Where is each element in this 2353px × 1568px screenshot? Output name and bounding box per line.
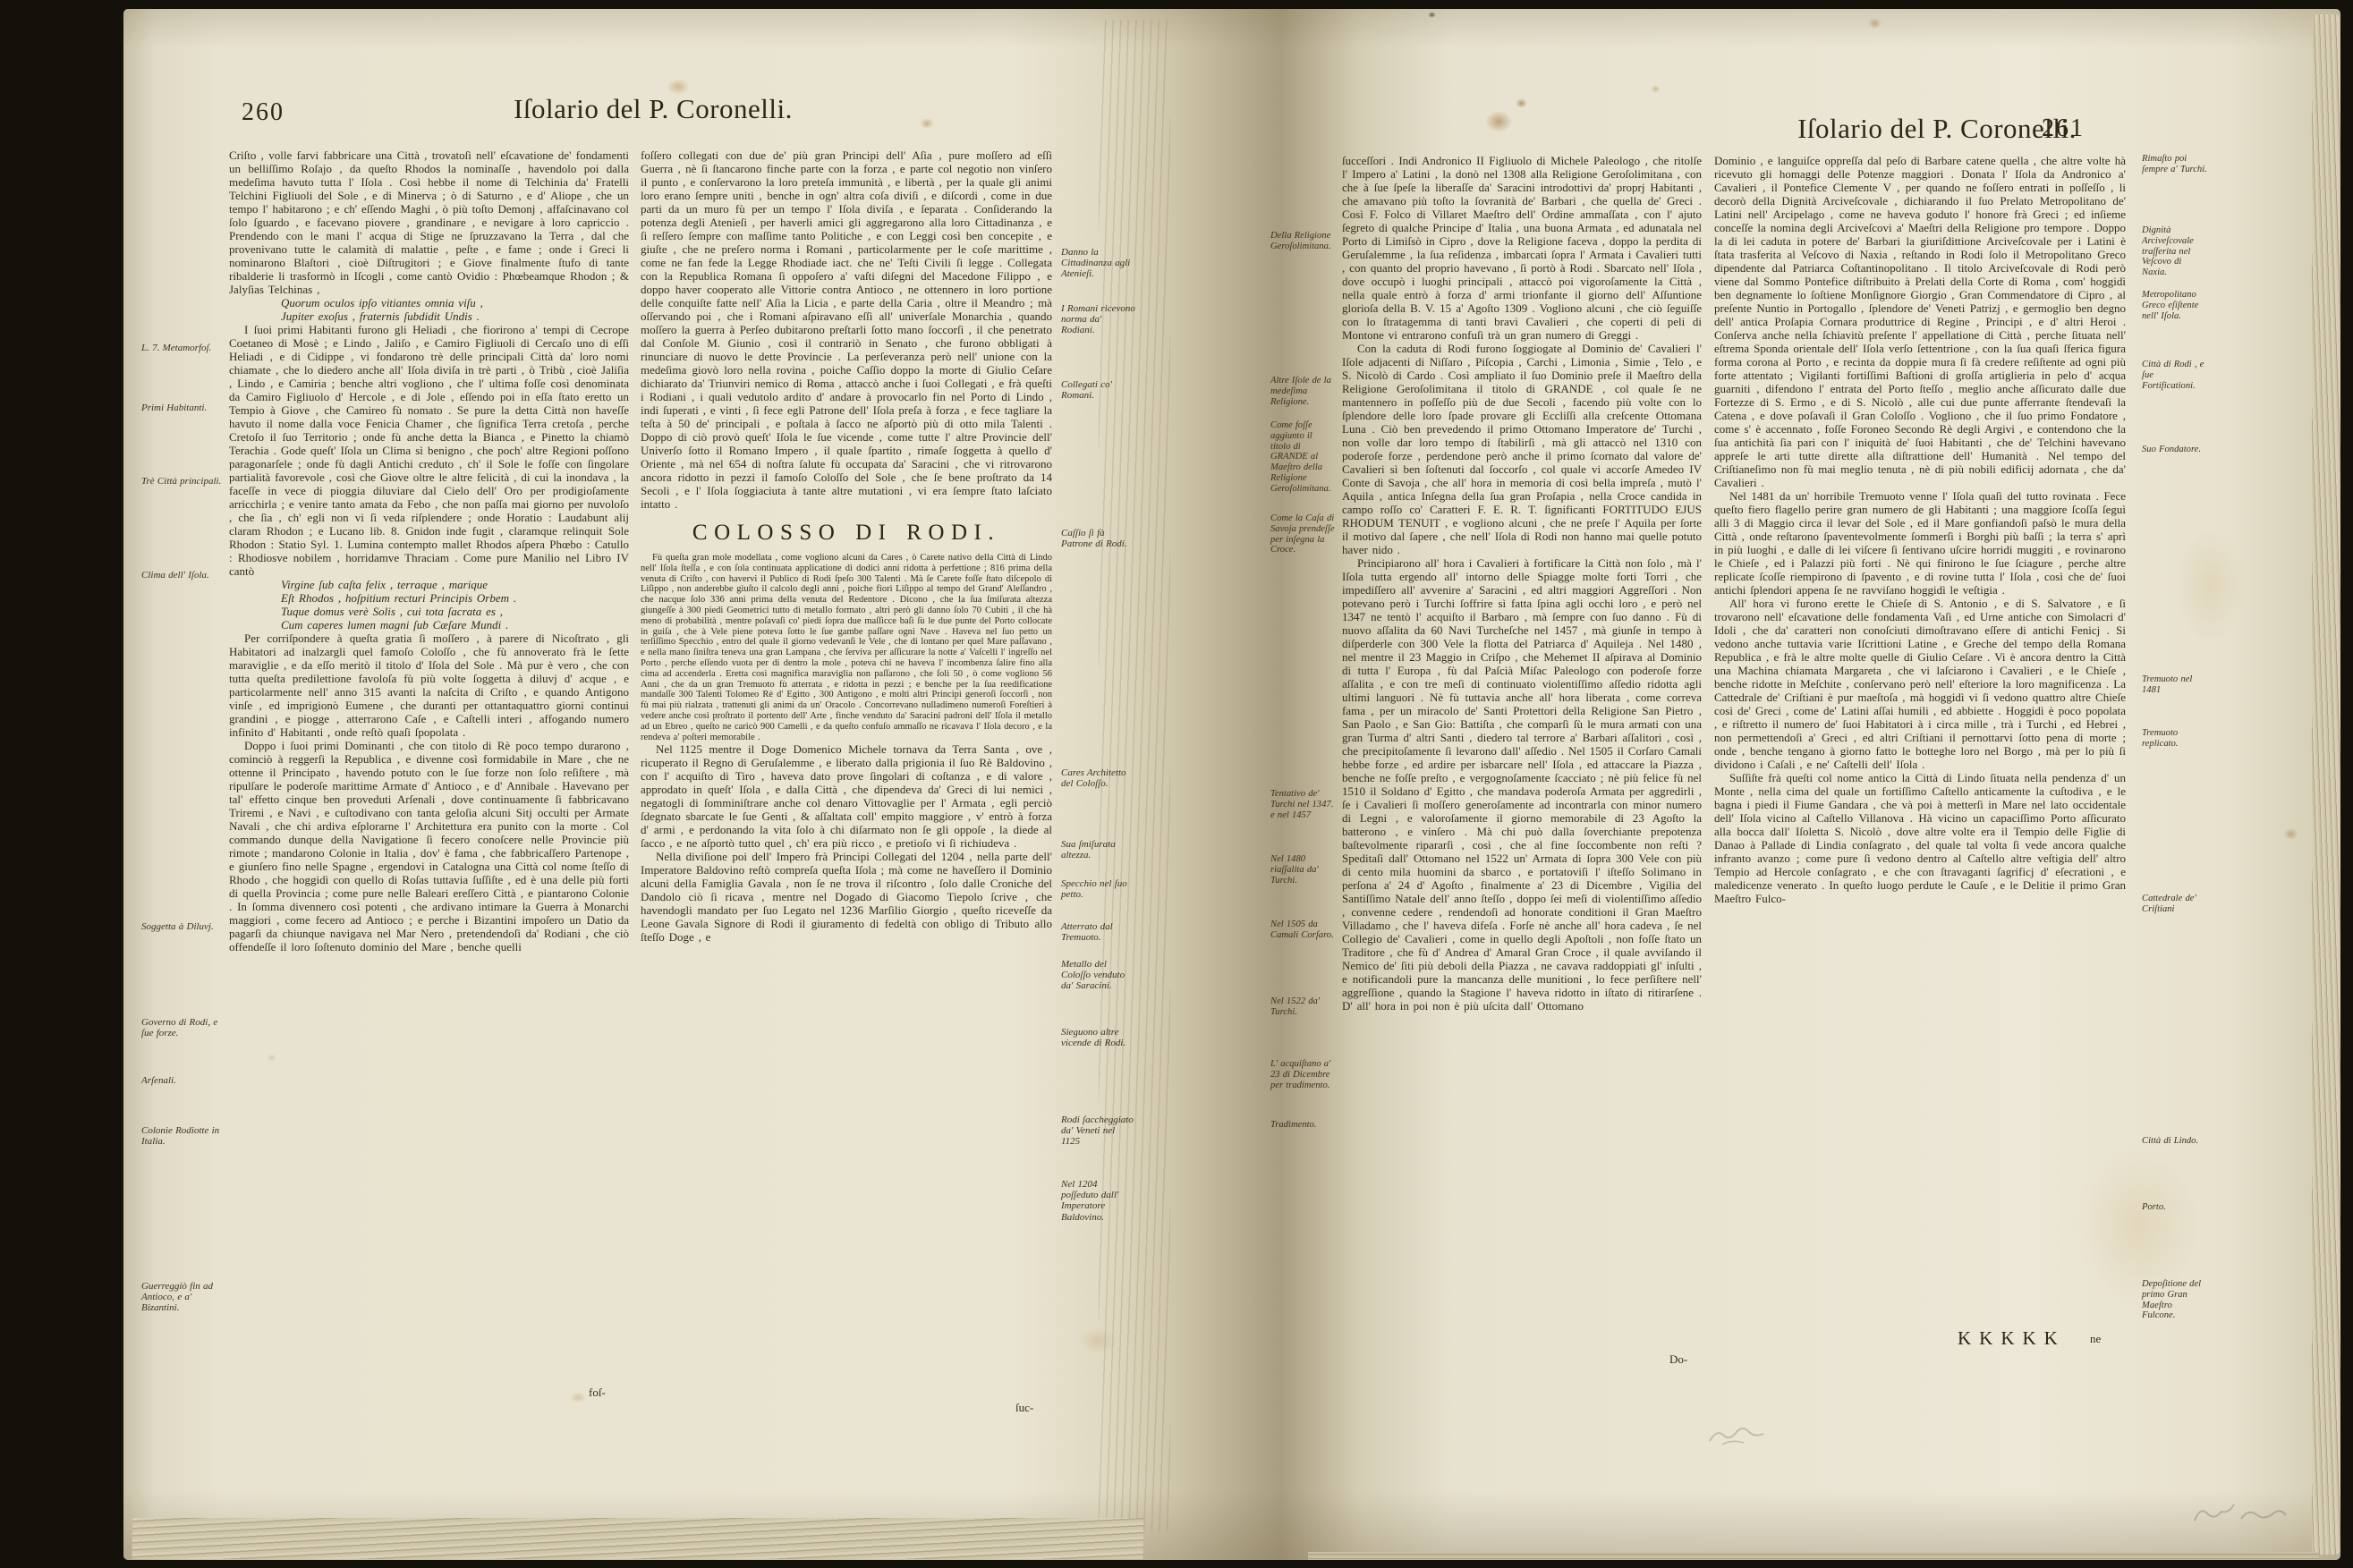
margin-note: Colonie Rodiotte in Italia. (141, 1125, 224, 1147)
margin-note: Depoſitione del primo Gran Maeſtro Fulco… (2142, 1279, 2208, 1321)
margin-note: Dignità Arciveſcovale traſferita nel Veſ… (2142, 225, 2208, 278)
catchword: Do- (1669, 1352, 1687, 1367)
margin-notes-column-inner-right: Della Religione Geroſolimitana.Altre Iſo… (1270, 0, 1335, 1568)
margin-note: Cattedrale de' Criſtiani (2142, 894, 2208, 915)
verse-line: Eſt Rhodos , hoſpitium recturi Principis… (229, 591, 629, 605)
margin-note: Guerreggiò fin ad Antioco, e a' Bizantin… (141, 1281, 224, 1314)
margin-note: Soggetta à Diluvj. (141, 921, 224, 932)
verse-line: Quorum oculos ipſo vitiantes omnia viſu … (229, 296, 629, 309)
paragraph: Con la caduta di Rodi furono ſoggiogate … (1342, 342, 1702, 556)
margin-note: Nel 1204 poſſeduto dall' Imperatore Bald… (1061, 1179, 1136, 1223)
margin-note: Nel 1505 da Camali Corſaro. (1270, 920, 1335, 941)
margin-note: Nel 1522 da' Turchi. (1270, 996, 1335, 1018)
signature-mark: KKKKK (1958, 1327, 2066, 1350)
margin-note: Governo di Rodi, e ſue forze. (141, 1017, 224, 1038)
paragraph: foſſero collegati con due de' più gran P… (641, 148, 1052, 511)
margin-note: Nel 1480 riaſſalita da' Turchi. (1270, 854, 1335, 886)
margin-note: Metropolitano Greco eſiſtente nell' Iſol… (2142, 290, 2208, 321)
page-number: 260 (242, 98, 285, 127)
paragraph: I ſuoi primi Habitanti furono gli Heliad… (229, 323, 629, 578)
margin-note: Cares Architetto del Coloſſo. (1061, 767, 1136, 789)
paragraph: Per corriſpondere à queſta gratia ſi moſ… (229, 631, 629, 739)
margin-note: Primi Habitanti. (141, 403, 224, 413)
margin-note: Rimaſto poi ſempre a' Turchi. (2142, 154, 2208, 175)
margin-note: Metallo del Coloſſo venduto da' Saracini… (1061, 959, 1136, 992)
paragraph: Suſſiſte frà queſti col nome antico la C… (1714, 771, 2126, 905)
margin-note: Suo Fondatore. (2142, 445, 2208, 455)
margin-notes-column-inner-left: Danno la Cittadinanza agli Atenieſi.I Ro… (1061, 0, 1136, 1568)
margin-note: Danno la Cittadinanza agli Atenieſi. (1061, 247, 1136, 280)
margin-note: Clima dell' Iſola. (141, 570, 224, 581)
paragraph: All' hora vi furono erette le Chieſe di … (1714, 597, 2126, 771)
paragraph: Fù queſta gran mole modellata , come vog… (641, 553, 1052, 742)
page-number: 261 (2042, 114, 2085, 143)
margin-note: Atterrato dal Tremuoto. (1061, 921, 1136, 943)
text-column: Dominio , e languiſce oppreſſa dal peſo … (1714, 154, 2126, 1331)
margin-note: I Romani ricevono norma da' Rodiani. (1061, 303, 1136, 336)
margin-note: L' acquiſtano a' 23 di Dicembre per trad… (1270, 1059, 1335, 1090)
paragraph: Criſto , volle farvi fabbricare una Citt… (229, 148, 629, 296)
text-column: Criſto , volle farvi fabbricare una Citt… (229, 148, 629, 1390)
text-column: foſſero collegati con due de' più gran P… (641, 148, 1052, 1399)
text-column: ſucceſſori . Indi Andronico II Figliuolo… (1342, 154, 1702, 1357)
catchword: ne (2090, 1332, 2101, 1346)
running-title: Iſolario del P. Coronelli. (483, 93, 823, 125)
book-photo: 260 Iſolario del P. Coronelli. L. 7. Met… (0, 0, 2353, 1568)
margin-note: Sua ſmiſurata altezza. (1061, 839, 1136, 860)
paragraph: Principiarono all' hora i Cavalieri à fo… (1342, 556, 1702, 1013)
margin-note: L. 7. Metamorfoſ. (141, 343, 224, 353)
margin-note: Tradimento. (1270, 1120, 1335, 1131)
margin-note: Trè Città principali. (141, 476, 224, 487)
margin-note: Come foſſe aggiunto il titolo di GRANDE … (1270, 420, 1335, 495)
margin-note: Specchio nel ſuo petto. (1061, 878, 1136, 900)
margin-note: Caſſio ſi fà Patrone di Rodi. (1061, 528, 1136, 549)
paragraph: Dominio , e languiſce oppreſſa dal peſo … (1714, 154, 2126, 489)
section-heading: COLOSSO DI RODI. (641, 520, 1052, 547)
margin-note: Altre Iſole de la medeſima Religione. (1270, 376, 1335, 407)
catchword: ſuc- (1015, 1401, 1033, 1415)
margin-note: Rodi ſaccheggiato da' Veneti nel 1125 (1061, 1115, 1136, 1148)
margin-note: Sieguono altre vicende di Rodi. (1061, 1027, 1136, 1048)
paragraph: Nel 1125 mentre il Doge Domenico Michele… (641, 742, 1052, 850)
paragraph: Nella diviſione poi dell' Impero frà Pri… (641, 850, 1052, 944)
paragraph: Doppo i ſuoi primi Dominanti , che con t… (229, 739, 629, 954)
margin-note: Tremuoto nel 1481 (2142, 674, 2208, 696)
paragraph: ſucceſſori . Indi Andronico II Figliuolo… (1342, 154, 1702, 342)
verse-line: Tuque domus verè Solis , cui tota ſacrat… (229, 605, 629, 618)
margin-note: Porto. (2142, 1202, 2208, 1213)
verse-line: Virgine ſub caſta felix , terraque , mar… (229, 578, 629, 591)
margin-note: Della Religione Geroſolimitana. (1270, 231, 1335, 252)
margin-note: Come la Caſa di Savoja prendeſſe per inſ… (1270, 513, 1335, 555)
margin-notes-column-outer-left: L. 7. Metamorfoſ.Primi Habitanti.Trè Cit… (141, 0, 224, 1568)
margin-note: Città di Lindo. (2142, 1136, 2208, 1147)
margin-notes-column-outer-right: Rimaſto poi ſempre a' Turchi.Dignità Arc… (2142, 0, 2208, 1568)
paragraph: Nel 1481 da un' horribile Tremuoto venne… (1714, 489, 2126, 597)
margin-note: Arſenali. (141, 1075, 224, 1086)
margin-note: Collegati co' Romani. (1061, 379, 1136, 401)
margin-note: Tremuoto replicato. (2142, 728, 2208, 750)
verse-line: Jupiter exoſus , fraternis ſubdidit Undi… (229, 309, 629, 323)
verse-line: Cum caperes lumen magni ſub Cæſare Mundi… (229, 618, 629, 631)
catchword: foſ- (589, 1386, 606, 1400)
margin-note: Tentativo de' Turchi nel 1347. e nel 145… (1270, 789, 1335, 820)
margin-note: Città di Rodi , e ſue Fortificationi. (2142, 360, 2208, 391)
